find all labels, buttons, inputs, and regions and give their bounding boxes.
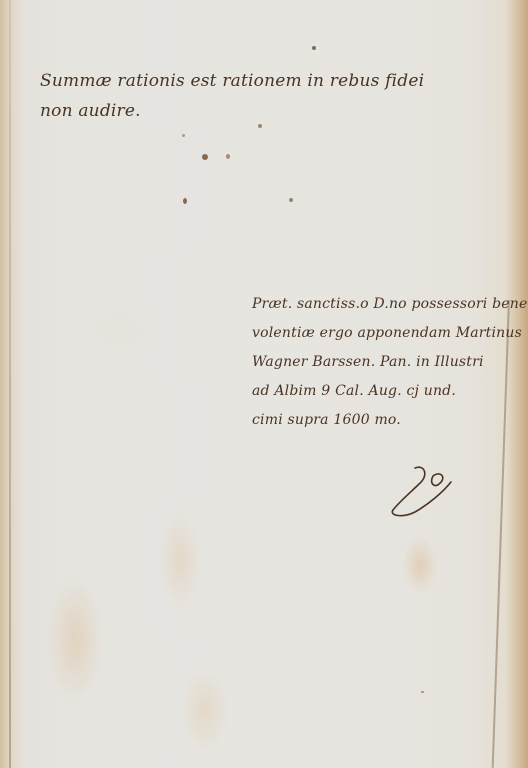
inscription-line: ad Albim 9 Cal. Aug. cj und. xyxy=(252,377,528,406)
inscription-text: Præt. sanctiss.o D.no possessori bene. v… xyxy=(252,290,528,435)
ink-spot xyxy=(421,691,424,693)
inscription-line: Præt. sanctiss.o D.no possessori bene. xyxy=(252,290,528,319)
ink-spot xyxy=(183,198,187,204)
inscription-line: cimi supra 1600 mo. xyxy=(252,406,528,435)
motto-text: Summæ rationis est rationem in rebus fid… xyxy=(40,66,424,126)
motto-line: Summæ rationis est rationem in rebus fid… xyxy=(40,66,424,96)
ink-spot xyxy=(312,46,316,50)
inscription-line: Wagner Barssen. Pan. in Illustri xyxy=(252,348,528,377)
flourish-signature-icon xyxy=(385,462,457,522)
motto-line: non audire. xyxy=(40,96,424,126)
manuscript-page: Summæ rationis est rationem in rebus fid… xyxy=(0,0,528,768)
ink-spot xyxy=(182,134,185,137)
binding-edge xyxy=(9,0,11,768)
ink-spot xyxy=(289,198,293,202)
inscription-line: volentiæ ergo apponendam Martinus xyxy=(252,319,528,348)
ink-spot xyxy=(226,154,230,159)
ink-spot xyxy=(202,154,208,160)
